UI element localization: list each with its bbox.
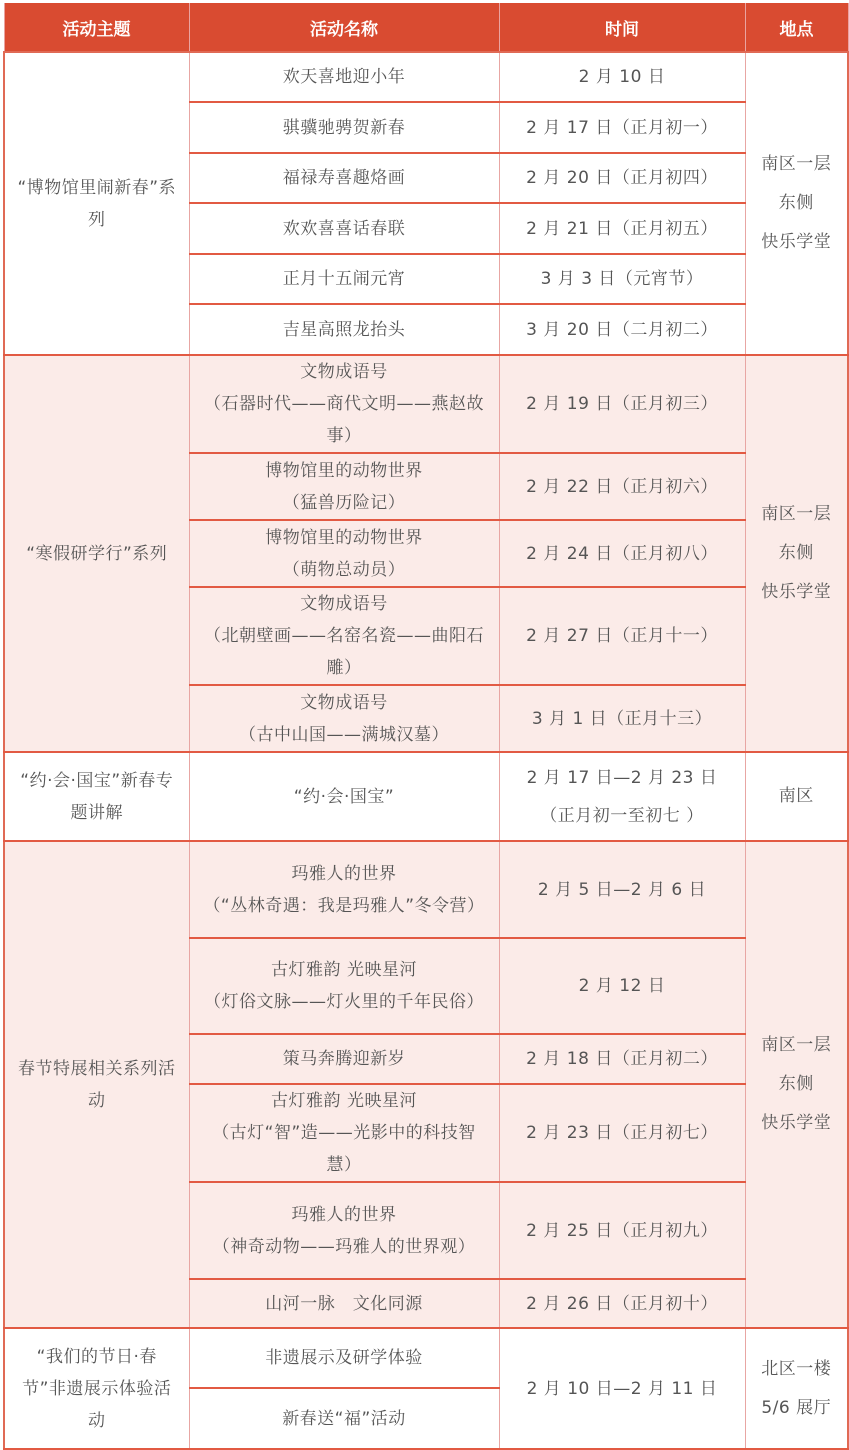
activity-name: 福禄寿喜趣烙画: [189, 153, 499, 203]
table-row: “我们的节日·春节”非遗展示体验活动 非遗展示及研学体验 2 月 10 日—2 …: [4, 1328, 848, 1388]
activity-name-cell: 玛雅人的世界 （神奇动物——玛雅人的世界观）: [189, 1182, 499, 1279]
activity-name: 欢天喜地迎小年: [189, 52, 499, 102]
activity-name: 玛雅人的世界: [200, 858, 489, 890]
activity-name: 博物馆里的动物世界: [200, 455, 489, 487]
activity-name: 文物成语号: [200, 687, 489, 719]
activity-subtitle: （古灯“智”造——光影中的科技智慧）: [200, 1117, 489, 1181]
activity-name-cell: 文物成语号 （石器时代——商代文明——燕赵故事）: [189, 355, 499, 453]
activity-name: 文物成语号: [200, 588, 489, 620]
activity-name: 骐骥驰骋贺新春: [189, 102, 499, 153]
location-line: 东侧: [756, 1065, 838, 1104]
table-header-row: 活动主题 活动名称 时间 地点: [4, 3, 848, 52]
section-theme: “我们的节日·春节”非遗展示体验活动: [4, 1328, 189, 1443]
activity-name-cell: 文物成语号 （古中山国——满城汉墓）: [189, 685, 499, 752]
location-line: 南区一层: [756, 145, 838, 184]
table-row: “约·会·国宝”新春专题讲解 “约·会·国宝” 2 月 17 日—2 月 23 …: [4, 752, 848, 841]
header-name: 活动名称: [189, 3, 499, 52]
activity-name-cell: 博物馆里的动物世界 （猛兽历险记）: [189, 453, 499, 520]
location-line: 南区一层: [756, 1026, 838, 1065]
activity-name: 玛雅人的世界: [200, 1199, 489, 1231]
activity-name: 正月十五闹元宵: [189, 254, 499, 304]
activity-subtitle: （萌物总动员）: [200, 554, 489, 586]
location-line: 快乐学堂: [756, 573, 838, 612]
activity-time: 2 月 23 日（正月初七）: [499, 1084, 745, 1182]
activity-subtitle: （神奇动物——玛雅人的世界观）: [200, 1231, 489, 1263]
activity-time: 3 月 1 日（正月十三）: [499, 685, 745, 752]
activity-name: 策马奔腾迎新岁: [189, 1034, 499, 1084]
activity-time: 3 月 3 日（元宵节）: [499, 254, 745, 304]
activity-schedule-table: 活动主题 活动名称 时间 地点 “博物馆里闹新春”系列 欢天喜地迎小年 2 月 …: [3, 3, 849, 1443]
location-line: 东侧: [756, 184, 838, 223]
activity-name: 文物成语号: [200, 356, 489, 388]
activity-name: 欢欢喜喜话春联: [189, 203, 499, 254]
activity-name: 山河一脉 文化同源: [189, 1279, 499, 1328]
section-theme: “约·会·国宝”新春专题讲解: [4, 752, 189, 841]
activity-name: 新春送“福”活动: [189, 1388, 499, 1443]
header-theme: 活动主题: [4, 3, 189, 52]
activity-time: 2 月 10 日: [499, 52, 745, 102]
activity-time: 2 月 27 日（正月十一）: [499, 587, 745, 685]
location-line: 南区一层: [756, 495, 838, 534]
activity-subtitle: （北朝壁画——名窑名瓷——曲阳石雕）: [200, 620, 489, 684]
table-row: “寒假研学行”系列 文物成语号 （石器时代——商代文明——燕赵故事） 2 月 1…: [4, 355, 848, 453]
section-location: 南区一层 东侧 快乐学堂: [745, 841, 848, 1328]
location-line: 5/6 展厅: [756, 1389, 838, 1428]
activity-time: 2 月 19 日（正月初三）: [499, 355, 745, 453]
activity-time: 2 月 22 日（正月初六）: [499, 453, 745, 520]
location-line: 快乐学堂: [756, 223, 838, 262]
section-location: 南区一层 东侧 快乐学堂: [745, 355, 848, 752]
activity-name-cell: 古灯雅韵 光映星河 （古灯“智”造——光影中的科技智慧）: [189, 1084, 499, 1182]
activity-time-lunar: （正月初一至初七 ）: [510, 797, 735, 835]
activity-time-cell: 2 月 17 日—2 月 23 日 （正月初一至初七 ）: [499, 752, 745, 841]
activity-subtitle: （“丛林奇遇：我是玛雅人”冬令营）: [200, 890, 489, 922]
activity-time: 2 月 24 日（正月初八）: [499, 520, 745, 587]
section-location: 南区: [745, 752, 848, 841]
activity-name: 非遗展示及研学体验: [189, 1328, 499, 1388]
activity-name: “约·会·国宝”: [189, 752, 499, 841]
activity-name-cell: 文物成语号 （北朝壁画——名窑名瓷——曲阳石雕）: [189, 587, 499, 685]
activity-time: 2 月 10 日—2 月 11 日: [499, 1328, 745, 1443]
activity-name: 古灯雅韵 光映星河: [200, 954, 489, 986]
activity-time: 3 月 20 日（二月初二）: [499, 304, 745, 355]
table-row: 春节特展相关系列活动 玛雅人的世界 （“丛林奇遇：我是玛雅人”冬令营） 2 月 …: [4, 841, 848, 938]
location-line: 东侧: [756, 534, 838, 573]
activity-time: 2 月 12 日: [499, 938, 745, 1034]
location-line: 北区一楼: [756, 1350, 838, 1389]
activity-name-cell: 古灯雅韵 光映星河 （灯俗文脉——灯火里的千年民俗）: [189, 938, 499, 1034]
location-line: 南区: [756, 777, 838, 816]
header-location: 地点: [745, 3, 848, 52]
activity-time: 2 月 20 日（正月初四）: [499, 153, 745, 203]
activity-time: 2 月 21 日（正月初五）: [499, 203, 745, 254]
section-theme: “寒假研学行”系列: [4, 355, 189, 752]
activity-subtitle: （灯俗文脉——灯火里的千年民俗）: [200, 986, 489, 1018]
activity-time: 2 月 17 日—2 月 23 日: [510, 759, 735, 797]
section-location: 南区一层 东侧 快乐学堂: [745, 52, 848, 355]
activity-time: 2 月 25 日（正月初九）: [499, 1182, 745, 1279]
section-theme: 春节特展相关系列活动: [4, 841, 189, 1328]
activity-name: 博物馆里的动物世界: [200, 522, 489, 554]
activity-time: 2 月 26 日（正月初十）: [499, 1279, 745, 1328]
activity-subtitle: （猛兽历险记）: [200, 487, 489, 519]
activity-time: 2 月 18 日（正月初二）: [499, 1034, 745, 1084]
header-time: 时间: [499, 3, 745, 52]
section-location: 北区一楼 5/6 展厅: [745, 1328, 848, 1443]
activity-subtitle: （古中山国——满城汉墓）: [200, 719, 489, 751]
activity-name-cell: 博物馆里的动物世界 （萌物总动员）: [189, 520, 499, 587]
section-theme: “博物馆里闹新春”系列: [4, 52, 189, 355]
activity-time: 2 月 17 日（正月初一）: [499, 102, 745, 153]
activity-subtitle: （石器时代——商代文明——燕赵故事）: [200, 388, 489, 452]
activity-name: 古灯雅韵 光映星河: [200, 1085, 489, 1117]
activity-name: 吉星高照龙抬头: [189, 304, 499, 355]
location-line: 快乐学堂: [756, 1104, 838, 1143]
activity-time: 2 月 5 日—2 月 6 日: [499, 841, 745, 938]
activity-name-cell: 玛雅人的世界 （“丛林奇遇：我是玛雅人”冬令营）: [189, 841, 499, 938]
table-row: “博物馆里闹新春”系列 欢天喜地迎小年 2 月 10 日 南区一层 东侧 快乐学…: [4, 52, 848, 102]
